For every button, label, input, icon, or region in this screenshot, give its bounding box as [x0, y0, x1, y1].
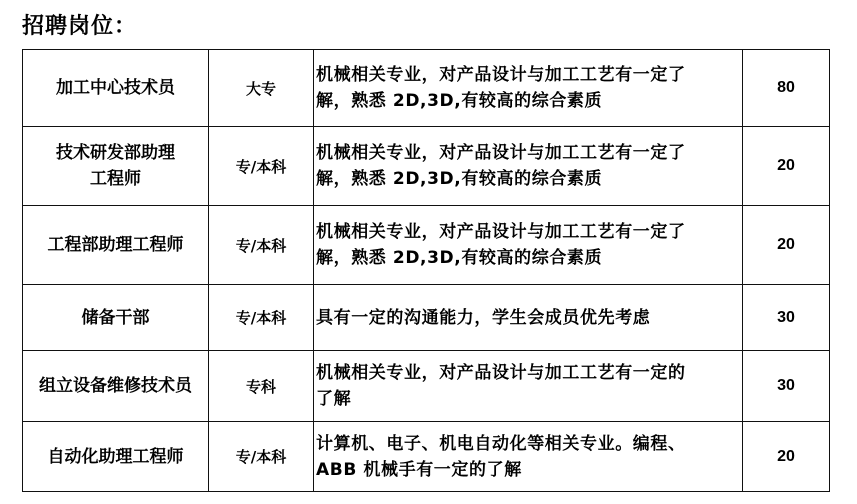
requirement-line: 解，熟悉 2D,3D,有较高的综合素质	[316, 88, 742, 114]
headcount-cell: 30	[743, 285, 830, 351]
headcount-cell: 80	[743, 50, 830, 127]
section-title: 招聘岗位：	[22, 9, 137, 40]
position-name: 组立设备维修技术员	[23, 373, 208, 399]
table-row: 组立设备维修技术员 专科 机械相关专业，对产品设计与加工工艺有一定的 了解 30	[23, 351, 830, 422]
requirement-cell: 具有一定的沟通能力，学生会成员优先考虑	[314, 285, 743, 351]
position-name: 自动化助理工程师	[23, 444, 208, 470]
position-name: 技术研发部助理	[23, 140, 208, 166]
education-cell: 专/本科	[209, 206, 314, 285]
table-row: 加工中心技术员 大专 机械相关专业，对产品设计与加工工艺有一定了 解，熟悉 2D…	[23, 50, 830, 127]
headcount-cell: 20	[743, 422, 830, 492]
headcount-cell: 20	[743, 206, 830, 285]
position-cell: 自动化助理工程师	[23, 422, 209, 492]
requirement-line: 机械相关专业，对产品设计与加工工艺有一定的	[316, 360, 742, 386]
education-cell: 专/本科	[209, 422, 314, 492]
position-name: 储备干部	[23, 305, 208, 331]
education-cell: 专/本科	[209, 127, 314, 206]
position-cell: 组立设备维修技术员	[23, 351, 209, 422]
education-cell: 专科	[209, 351, 314, 422]
position-name: 工程师	[23, 166, 208, 192]
requirement-line: 解，熟悉 2D,3D,有较高的综合素质	[316, 166, 742, 192]
requirement-line: ABB 机械手有一定的了解	[316, 457, 742, 483]
table-row: 工程部助理工程师 专/本科 机械相关专业，对产品设计与加工工艺有一定了 解，熟悉…	[23, 206, 830, 285]
requirement-cell: 机械相关专业，对产品设计与加工工艺有一定了 解，熟悉 2D,3D,有较高的综合素…	[314, 50, 743, 127]
headcount-cell: 30	[743, 351, 830, 422]
position-cell: 加工中心技术员	[23, 50, 209, 127]
requirement-line: 机械相关专业，对产品设计与加工工艺有一定了	[316, 219, 742, 245]
position-cell: 技术研发部助理 工程师	[23, 127, 209, 206]
table-row: 技术研发部助理 工程师 专/本科 机械相关专业，对产品设计与加工工艺有一定了 解…	[23, 127, 830, 206]
requirement-line: 解，熟悉 2D,3D,有较高的综合素质	[316, 245, 742, 271]
requirement-line: 计算机、电子、机电自动化等相关专业。编程、	[316, 431, 742, 457]
requirement-line: 具有一定的沟通能力，学生会成员优先考虑	[316, 305, 742, 331]
table-row: 储备干部 专/本科 具有一定的沟通能力，学生会成员优先考虑 30	[23, 285, 830, 351]
requirement-line: 机械相关专业，对产品设计与加工工艺有一定了	[316, 62, 742, 88]
education-cell: 专/本科	[209, 285, 314, 351]
requirement-cell: 计算机、电子、机电自动化等相关专业。编程、 ABB 机械手有一定的了解	[314, 422, 743, 492]
headcount-cell: 20	[743, 127, 830, 206]
requirement-cell: 机械相关专业，对产品设计与加工工艺有一定了 解，熟悉 2D,3D,有较高的综合素…	[314, 206, 743, 285]
requirement-cell: 机械相关专业，对产品设计与加工工艺有一定了 解，熟悉 2D,3D,有较高的综合素…	[314, 127, 743, 206]
table-row: 自动化助理工程师 专/本科 计算机、电子、机电自动化等相关专业。编程、 ABB …	[23, 422, 830, 492]
position-cell: 工程部助理工程师	[23, 206, 209, 285]
requirement-cell: 机械相关专业，对产品设计与加工工艺有一定的 了解	[314, 351, 743, 422]
position-cell: 储备干部	[23, 285, 209, 351]
position-name: 加工中心技术员	[23, 75, 208, 101]
job-positions-table: 加工中心技术员 大专 机械相关专业，对产品设计与加工工艺有一定了 解，熟悉 2D…	[22, 49, 830, 492]
requirement-line: 了解	[316, 386, 742, 412]
education-cell: 大专	[209, 50, 314, 127]
position-name: 工程部助理工程师	[23, 232, 208, 258]
requirement-line: 机械相关专业，对产品设计与加工工艺有一定了	[316, 140, 742, 166]
